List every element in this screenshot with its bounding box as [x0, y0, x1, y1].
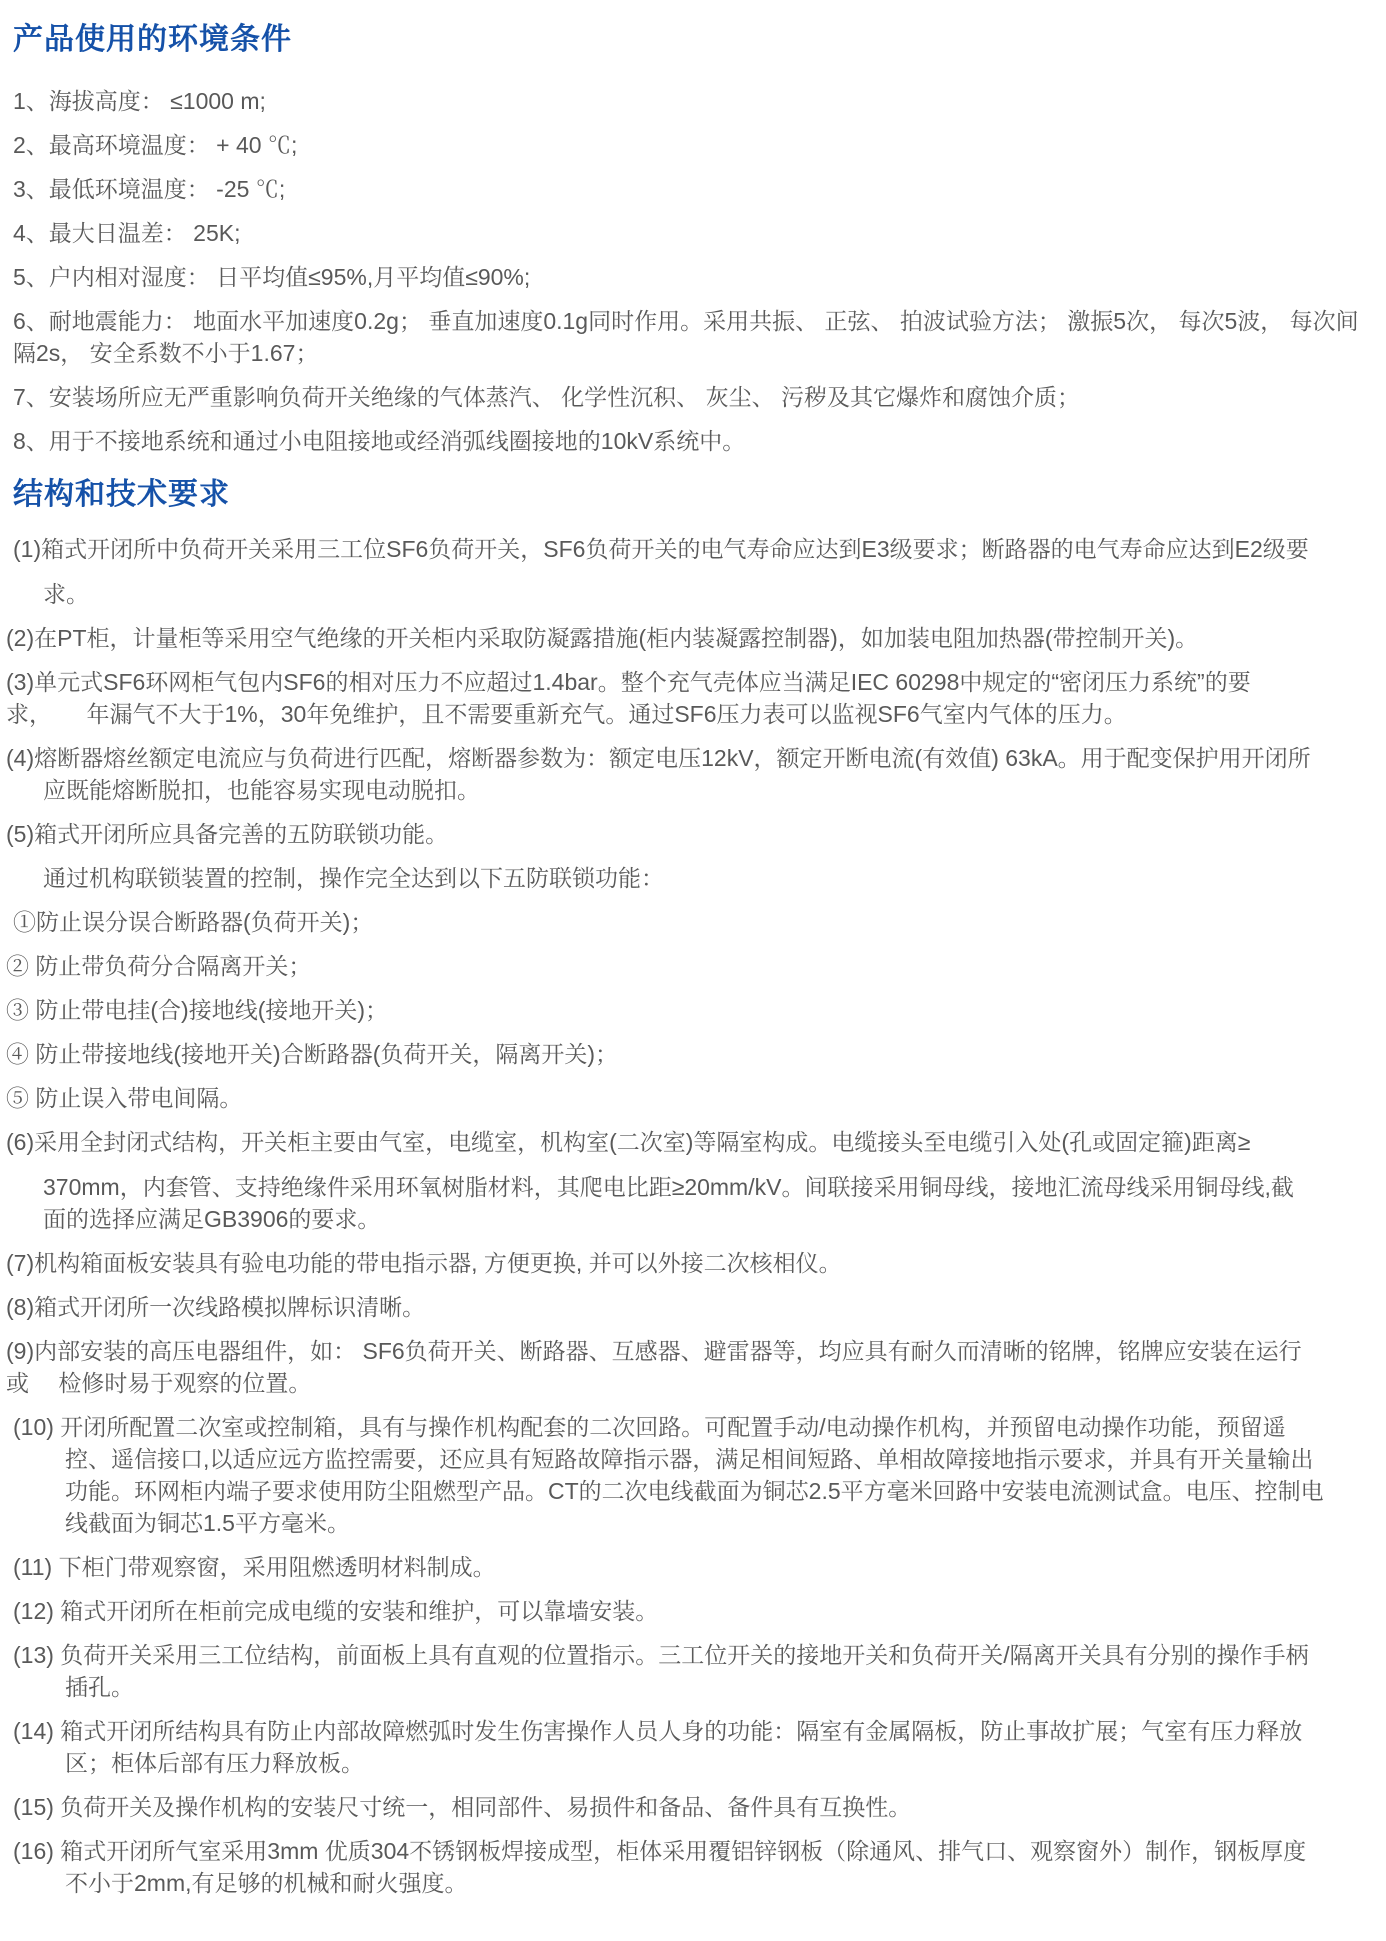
text-line: ③ 防止带电挂(合)接地线(接地开关)；: [0, 994, 1386, 1026]
section-technical-items: (1)箱式开闭所中负荷开关采用三工位SF6负荷开关，SF6负荷开关的电气寿命应达…: [0, 533, 1386, 1899]
text-line: 8、用于不接地系统和通过小电阻接地或经消弧线圈接地的10kV系统中。: [0, 425, 1386, 457]
text-line: ② 防止带负荷分合隔离开关；: [0, 950, 1386, 982]
text-line: 1、海拔高度： ≤1000 m;: [0, 85, 1386, 117]
text-line: (16) 箱式开闭所气室采用3mm 优质304不锈钢板焊接成型，柜体采用覆铝锌钢…: [0, 1835, 1386, 1867]
text-line: (3)单元式SF6环网柜气包内SF6的相对压力不应超过1.4bar。整个充气壳体…: [0, 666, 1386, 698]
list-item: ② 防止带负荷分合隔离开关；: [0, 950, 1386, 982]
text-line: (9)内部安装的高压电器组件，如： SF6负荷开关、断路器、互感器、避雷器等，均…: [0, 1335, 1386, 1367]
text-line: ①防止误分误合断路器(负荷开关)；: [0, 906, 1386, 938]
list-item: 8、用于不接地系统和通过小电阻接地或经消弧线圈接地的10kV系统中。: [0, 425, 1386, 457]
text-line: (7)机构箱面板安装具有验电功能的带电指示器, 方便更换, 并可以外接二次核相仪…: [0, 1247, 1386, 1279]
list-item: (11) 下柜门带观察窗，采用阻燃透明材料制成。: [0, 1551, 1386, 1583]
text-line: 3、最低环境温度： -25 ℃;: [0, 173, 1386, 205]
text-line: (13) 负荷开关采用三工位结构，前面板上具有直观的位置指示。三工位开关的接地开…: [0, 1639, 1386, 1671]
text-line: (2)在PT柜，计量柜等采用空气绝缘的开关柜内采取防凝露措施(柜内装凝露控制器)…: [0, 622, 1386, 654]
section-technical-requirements: 结构和技术要求 (1)箱式开闭所中负荷开关采用三工位SF6负荷开关，SF6负荷开…: [0, 469, 1386, 1899]
list-item: 6、耐地震能力： 地面水平加速度0.2g； 垂直加速度0.1g同时作用。采用共振…: [0, 305, 1386, 369]
text-line: (6)采用全封闭式结构，开关柜主要由气室，电缆室，机构室(二次室)等隔室构成。电…: [0, 1126, 1386, 1158]
section-title-technical: 结构和技术要求: [13, 469, 1386, 513]
list-item: (9)内部安装的高压电器组件，如： SF6负荷开关、断路器、互感器、避雷器等，均…: [0, 1335, 1386, 1399]
list-item: (1)箱式开闭所中负荷开关采用三工位SF6负荷开关，SF6负荷开关的电气寿命应达…: [0, 533, 1386, 610]
list-item: 5、户内相对湿度： 日平均值≤95%,月平均值≤90%;: [0, 261, 1386, 293]
text-line: 不小于2mm,有足够的机械和耐火强度。: [0, 1867, 1386, 1899]
text-line: 7、安装场所应无严重影响负荷开关绝缘的气体蒸汽、 化学性沉积、 灰尘、 污秽及其…: [0, 381, 1386, 413]
text-line: 面的选择应满足GB3906的要求。: [0, 1203, 1386, 1235]
text-line: 6、耐地震能力： 地面水平加速度0.2g； 垂直加速度0.1g同时作用。采用共振…: [0, 305, 1386, 337]
list-item: (2)在PT柜，计量柜等采用空气绝缘的开关柜内采取防凝露措施(柜内装凝露控制器)…: [0, 622, 1386, 654]
document-page: 产品使用的环境条件 1、海拔高度： ≤1000 m;2、最高环境温度： + 40…: [0, 0, 1386, 1941]
text-line: 通过机构联锁装置的控制，操作完全达到以下五防联锁功能：: [0, 862, 1386, 894]
text-line: 求。: [0, 578, 1386, 610]
list-item: (15) 负荷开关及操作机构的安装尺寸统一，相同部件、易损件和备品、备件具有互换…: [0, 1791, 1386, 1823]
list-item: 2、最高环境温度： + 40 ℃;: [0, 129, 1386, 161]
list-item: 通过机构联锁装置的控制，操作完全达到以下五防联锁功能：: [0, 862, 1386, 894]
list-item: (3)单元式SF6环网柜气包内SF6的相对压力不应超过1.4bar。整个充气壳体…: [0, 666, 1386, 730]
text-line: 应既能熔断脱扣，也能容易实现电动脱扣。: [0, 774, 1386, 806]
text-line: ⑤ 防止误入带电间隔。: [0, 1082, 1386, 1114]
text-line: 插孔。: [0, 1671, 1386, 1703]
text-line: 5、户内相对湿度： 日平均值≤95%,月平均值≤90%;: [0, 261, 1386, 293]
text-line: 2、最高环境温度： + 40 ℃;: [0, 129, 1386, 161]
list-item: (14) 箱式开闭所结构具有防止内部故障燃弧时发生伤害操作人员人身的功能：隔室有…: [0, 1715, 1386, 1779]
list-item: 3、最低环境温度： -25 ℃;: [0, 173, 1386, 205]
list-item: ⑤ 防止误入带电间隔。: [0, 1082, 1386, 1114]
text-line: 区；柜体后部有压力释放板。: [0, 1747, 1386, 1779]
list-item: ①防止误分误合断路器(负荷开关)；: [0, 906, 1386, 938]
list-item: (12) 箱式开闭所在柜前完成电缆的安装和维护，可以靠墙安装。: [0, 1595, 1386, 1627]
list-item: (8)箱式开闭所一次线路模拟牌标识清晰。: [0, 1291, 1386, 1323]
text-line: (11) 下柜门带观察窗，采用阻燃透明材料制成。: [0, 1551, 1386, 1583]
list-item: 7、安装场所应无严重影响负荷开关绝缘的气体蒸汽、 化学性沉积、 灰尘、 污秽及其…: [0, 381, 1386, 413]
text-line: 370mm，内套管、支持绝缘件采用环氧树脂材料，其爬电比距≥20mm/kV。间联…: [0, 1171, 1386, 1203]
list-item: (7)机构箱面板安装具有验电功能的带电指示器, 方便更换, 并可以外接二次核相仪…: [0, 1247, 1386, 1279]
list-item: (5)箱式开闭所应具备完善的五防联锁功能。: [0, 818, 1386, 850]
list-item: (4)熔断器熔丝额定电流应与负荷进行匹配，熔断器参数为：额定电压12kV，额定开…: [0, 742, 1386, 806]
text-line: 隔2s， 安全系数不小于1.67；: [0, 337, 1386, 369]
section-environment-conditions: 产品使用的环境条件 1、海拔高度： ≤1000 m;2、最高环境温度： + 40…: [0, 14, 1386, 457]
text-line: 功能。环网柜内端子要求使用防尘阻燃型产品。CT的二次电线截面为铜芯2.5平方毫米…: [0, 1475, 1386, 1507]
list-item: (10) 开闭所配置二次室或控制箱，具有与操作机构配套的二次回路。可配置手动/电…: [0, 1411, 1386, 1539]
text-line: (8)箱式开闭所一次线路模拟牌标识清晰。: [0, 1291, 1386, 1323]
text-line: 4、最大日温差： 25K;: [0, 217, 1386, 249]
text-line: (14) 箱式开闭所结构具有防止内部故障燃弧时发生伤害操作人员人身的功能：隔室有…: [0, 1715, 1386, 1747]
list-item: 1、海拔高度： ≤1000 m;: [0, 85, 1386, 117]
text-line: (4)熔断器熔丝额定电流应与负荷进行匹配，熔断器参数为：额定电压12kV，额定开…: [0, 742, 1386, 774]
text-line: (10) 开闭所配置二次室或控制箱，具有与操作机构配套的二次回路。可配置手动/电…: [0, 1411, 1386, 1443]
list-item: (13) 负荷开关采用三工位结构，前面板上具有直观的位置指示。三工位开关的接地开…: [0, 1639, 1386, 1703]
text-line: 求， 年漏气不大于1%，30年免维护，且不需要重新充气。通过SF6压力表可以监视…: [0, 698, 1386, 730]
list-item: 4、最大日温差： 25K;: [0, 217, 1386, 249]
text-line: 线截面为铜芯1.5平方毫米。: [0, 1507, 1386, 1539]
text-line: 控、遥信接口,以适应远方监控需要，还应具有短路故障指示器，满足相间短路、单相故障…: [0, 1443, 1386, 1475]
list-item: (6)采用全封闭式结构，开关柜主要由气室，电缆室，机构室(二次室)等隔室构成。电…: [0, 1126, 1386, 1235]
text-line: (1)箱式开闭所中负荷开关采用三工位SF6负荷开关，SF6负荷开关的电气寿命应达…: [0, 533, 1386, 565]
section-title-environment: 产品使用的环境条件: [13, 14, 1386, 58]
text-line: (5)箱式开闭所应具备完善的五防联锁功能。: [0, 818, 1386, 850]
text-line: (12) 箱式开闭所在柜前完成电缆的安装和维护，可以靠墙安装。: [0, 1595, 1386, 1627]
text-line: ④ 防止带接地线(接地开关)合断路器(负荷开关，隔离开关)；: [0, 1038, 1386, 1070]
text-line: (15) 负荷开关及操作机构的安装尺寸统一，相同部件、易损件和备品、备件具有互换…: [0, 1791, 1386, 1823]
text-line: 或 检修时易于观察的位置。: [0, 1367, 1386, 1399]
list-item: ③ 防止带电挂(合)接地线(接地开关)；: [0, 994, 1386, 1026]
list-item: ④ 防止带接地线(接地开关)合断路器(负荷开关，隔离开关)；: [0, 1038, 1386, 1070]
section-environment-items: 1、海拔高度： ≤1000 m;2、最高环境温度： + 40 ℃;3、最低环境温…: [0, 85, 1386, 457]
list-item: (16) 箱式开闭所气室采用3mm 优质304不锈钢板焊接成型，柜体采用覆铝锌钢…: [0, 1835, 1386, 1899]
